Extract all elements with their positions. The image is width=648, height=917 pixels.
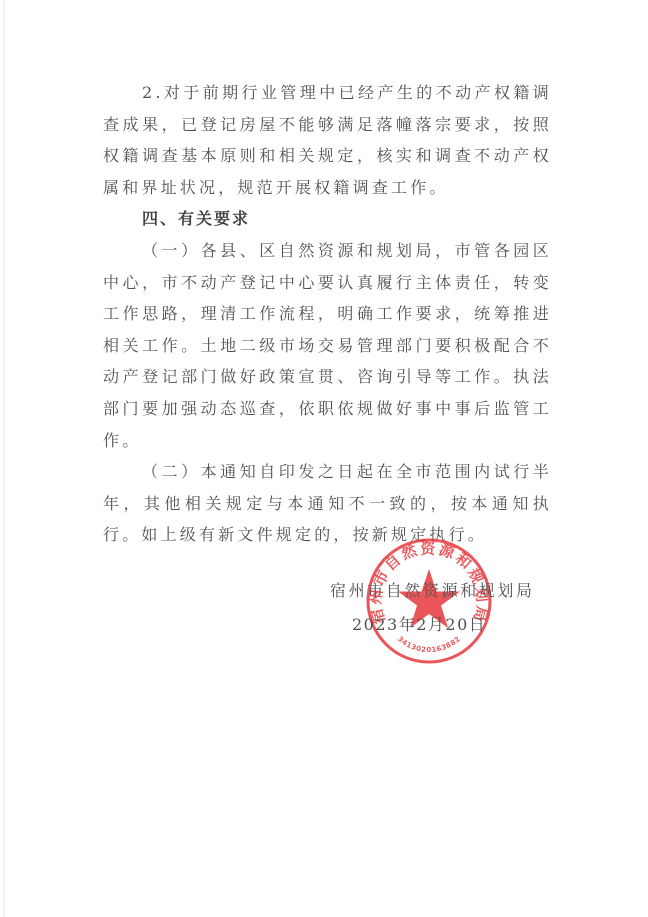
- scan-edge: [3, 0, 5, 917]
- svg-text:3413020163882: 3413020163882: [396, 635, 462, 654]
- section-heading-requirements: 四、有关要求: [103, 203, 552, 235]
- seal-serial-number: 3413020163882: [396, 635, 462, 654]
- issue-date: 2023年2月20日: [352, 612, 486, 635]
- paragraph-requirement-1: （一）各县、区自然资源和规划局，市管各园区中心，市不动产登记中心要认真履行主体责…: [103, 235, 552, 456]
- paragraph-item-2: 2.对于前期行业管理中已经产生的不动产权籍调查成果，已登记房屋不能够满足落幢落宗…: [103, 77, 552, 203]
- issuer-signature: 宿州市自然资源和规划局: [330, 578, 535, 601]
- document-body: 2.对于前期行业管理中已经产生的不动产权籍调查成果，已登记房屋不能够满足落幢落宗…: [103, 77, 552, 551]
- official-seal-icon: 宿州市自然资源和规划局 3413020163882: [364, 536, 494, 666]
